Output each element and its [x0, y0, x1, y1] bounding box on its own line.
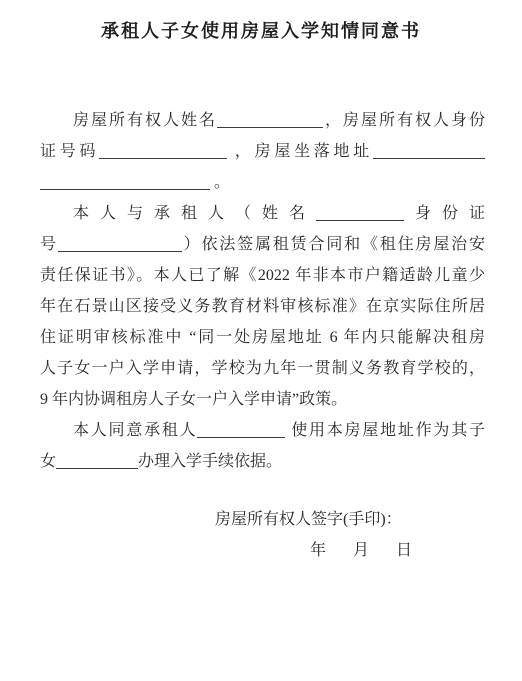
- text-segment: 年在石景山区接受义务教育材料审核标准》在京实际住所居: [40, 298, 485, 315]
- text-segment: ，房屋坐落地址: [227, 143, 373, 160]
- house-address-blank-1: [373, 139, 485, 159]
- document-page: 承租人子女使用房屋入学知情同意书 房屋所有权人姓名，房屋所有权人身份证号码 ，房…: [0, 0, 522, 681]
- paragraph2-line1: 本人与承租人（姓名身份证: [40, 198, 485, 229]
- text-segment: 办理入学手续依据。: [138, 453, 282, 470]
- text-segment: 本人与承租人（姓名: [73, 205, 316, 222]
- house-address-blank-2: [40, 170, 210, 190]
- text-segment: 本人同意承租人: [73, 422, 197, 439]
- date-year-label: 年: [310, 535, 326, 566]
- text-segment: 责任保证书》。本人已了解《2022 年非本市户籍适龄儿童少: [40, 267, 485, 284]
- signature-label: 房屋所有权人签字(手印)：: [215, 511, 402, 528]
- text-segment: 。: [210, 174, 230, 191]
- owner-id-number-blank: [99, 139, 227, 159]
- text-segment: 使用本房屋地址作为其子: [285, 422, 485, 439]
- paragraph2-line7: 9 年内协调租房人子女一户入学申请”政策。: [40, 384, 485, 415]
- paragraph1-line2: 证号码 ，房屋坐落地址: [40, 136, 485, 167]
- text-segment: 证号码: [40, 143, 99, 160]
- consent-tenant-name-blank: [197, 418, 285, 438]
- date-day-label: 日: [396, 535, 412, 566]
- date-line: 年 月 日: [40, 535, 485, 566]
- text-segment: 房屋所有权人姓名: [73, 112, 217, 129]
- signature-line: 房屋所有权人签字(手印)：: [40, 504, 485, 535]
- signature-block: 房屋所有权人签字(手印)： 年 月 日: [0, 504, 522, 566]
- paragraph3-line1: 本人同意承租人 使用本房屋地址作为其子: [40, 415, 485, 446]
- date-month-label: 月: [353, 535, 369, 566]
- text-segment: 9 年内协调租房人子女一户入学申请”政策。: [40, 391, 347, 408]
- text-segment: 人子女一户入学申请，学校为九年一贯制义务教育学校的，: [40, 360, 485, 377]
- paragraph1-line1: 房屋所有权人姓名，房屋所有权人身份: [40, 105, 485, 136]
- paragraph2-line5: 住证明审核标准中 “同一处房屋地址 6 年内只能解决租房: [40, 322, 485, 353]
- text-segment: 身份证: [404, 205, 485, 222]
- document-body: 房屋所有权人姓名，房屋所有权人身份证号码 ，房屋坐落地址 。本人与承租人（姓名身…: [0, 105, 522, 477]
- paragraph2-line4: 年在石景山区接受义务教育材料审核标准》在京实际住所居: [40, 291, 485, 322]
- paragraph2-line3: 责任保证书》。本人已了解《2022 年非本市户籍适龄儿童少: [40, 260, 485, 291]
- tenant-name-blank: [316, 201, 404, 221]
- text-segment: ，房屋所有权人身份: [323, 112, 485, 129]
- text-segment: ）依法签属租赁合同和《租住房屋治安: [182, 236, 485, 253]
- text-segment: 号: [40, 236, 58, 253]
- paragraph1-line3: 。: [40, 167, 485, 198]
- owner-name-blank: [217, 108, 323, 128]
- paragraph3-line2: 女办理入学手续依据。: [40, 446, 485, 477]
- document-title: 承租人子女使用房屋入学知情同意书: [0, 18, 522, 44]
- text-segment: 女: [40, 453, 56, 470]
- paragraph2-line6: 人子女一户入学申请，学校为九年一贯制义务教育学校的，: [40, 353, 485, 384]
- text-segment: 住证明审核标准中 “同一处房屋地址 6 年内只能解决租房: [40, 329, 485, 346]
- child-name-blank: [56, 449, 138, 469]
- tenant-id-number-blank: [58, 232, 182, 252]
- paragraph2-line2: 号）依法签属租赁合同和《租住房屋治安: [40, 229, 485, 260]
